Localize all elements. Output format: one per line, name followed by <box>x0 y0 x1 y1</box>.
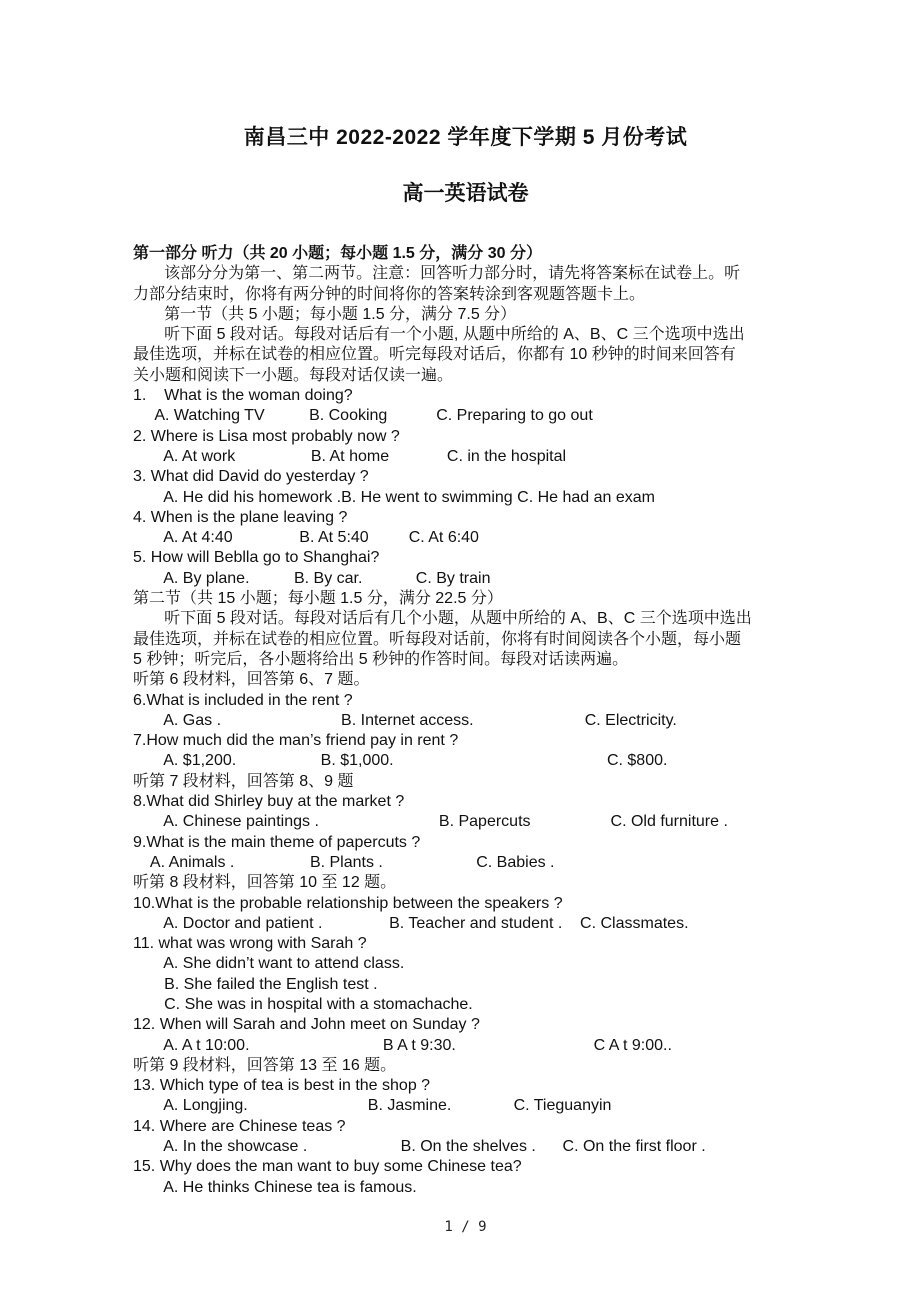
section2-instructions-line-2: 最佳选项，并标在试卷的相应位置。听每段对话前，你将有时间阅读各个小题，每小题 <box>133 630 798 650</box>
question-5-options: A. By plane. B. By car. C. By train <box>133 569 798 589</box>
question-14-options: A. In the showcase . B. On the shelves .… <box>133 1137 798 1157</box>
exam-body: 第一部分 听力（共 20 小题；每小题 1.5 分，满分 30 分） 该部分分为… <box>133 244 798 1198</box>
exam-subtitle: 高一英语试卷 <box>133 177 798 207</box>
section1-instructions-line-1: 听下面 5 段对话。每段对话后有一个小题, 从题中所给的 A、B、C 三个选项中… <box>133 325 798 345</box>
section2-heading: 第二节（共 15 小题；每小题 1.5 分，满分 22.5 分） <box>133 589 798 609</box>
question-2-options: A. At work B. At home C. in the hospital <box>133 447 798 467</box>
question-10: 10.What is the probable relationship bet… <box>133 894 798 914</box>
question-6-options: A. Gas . B. Internet access. C. Electric… <box>133 711 798 731</box>
question-8-options: A. Chinese paintings . B. Papercuts C. O… <box>133 812 798 832</box>
exam-title: 南昌三中 2022-2022 学年度下学期 5 月份考试 <box>133 121 798 151</box>
question-3-options: A. He did his homework .B. He went to sw… <box>133 488 798 508</box>
question-15: 15. Why does the man want to buy some Ch… <box>133 1157 798 1177</box>
page-number: 1 / 9 <box>133 1219 798 1235</box>
section1-instructions-line-2: 最佳选项，并标在试卷的相应位置。听完每段对话后，你都有 10 秒钟的时间来回答有 <box>133 345 798 365</box>
question-4: 4. When is the plane leaving ? <box>133 508 798 528</box>
question-13-options: A. Longjing. B. Jasmine. C. Tieguanyin <box>133 1096 798 1116</box>
section2-instructions-line-3: 5 秒钟；听完后，各小题将给出 5 秒钟的作答时间。每段对话读两遍。 <box>133 650 798 670</box>
question-7-options: A. $1,200. B. $1,000. C. $800. <box>133 751 798 771</box>
part1-heading: 第一部分 听力（共 20 小题；每小题 1.5 分，满分 30 分） <box>133 244 798 264</box>
part1-intro-line-2: 力部分结束时，你将有两分钟的时间将你的答案转涂到客观题答题卡上。 <box>133 285 798 305</box>
question-14: 14. Where are Chinese teas ? <box>133 1117 798 1137</box>
question-11-option-b: B. She failed the English test . <box>133 975 798 995</box>
question-12: 12. When will Sarah and John meet on Sun… <box>133 1015 798 1035</box>
question-2: 2. Where is Lisa most probably now ? <box>133 427 798 447</box>
question-13: 13. Which type of tea is best in the sho… <box>133 1076 798 1096</box>
question-11: 11. what was wrong with Sarah ? <box>133 934 798 954</box>
question-4-options: A. At 4:40 B. At 5:40 C. At 6:40 <box>133 528 798 548</box>
question-3: 3. What did David do yesterday ? <box>133 467 798 487</box>
question-11-option-a: A. She didn’t want to attend class. <box>133 954 798 974</box>
question-9-options: A. Animals . B. Plants . C. Babies . <box>133 853 798 873</box>
question-10-options: A. Doctor and patient . B. Teacher and s… <box>133 914 798 934</box>
question-5: 5. How will Beblla go to Shanghai? <box>133 548 798 568</box>
material-9-note: 听第 9 段材料，回答第 13 至 16 题。 <box>133 1056 798 1076</box>
exam-page: 南昌三中 2022-2022 学年度下学期 5 月份考试 高一英语试卷 第一部分… <box>0 0 798 1235</box>
part1-intro-line-1: 该部分分为第一、第二两节。注意：回答听力部分时，请先将答案标在试卷上。听 <box>133 264 798 284</box>
question-1: 1. What is the woman doing? <box>133 386 798 406</box>
material-6-note: 听第 6 段材料，回答第 6、7 题。 <box>133 670 798 690</box>
question-1-options: A. Watching TV B. Cooking C. Preparing t… <box>133 406 798 426</box>
question-7: 7.How much did the man’s friend pay in r… <box>133 731 798 751</box>
question-9: 9.What is the main theme of papercuts ? <box>133 833 798 853</box>
material-7-note: 听第 7 段材料，回答第 8、9 题 <box>133 772 798 792</box>
question-6: 6.What is included in the rent ? <box>133 691 798 711</box>
section1-heading: 第一节（共 5 小题；每小题 1.5 分，满分 7.5 分） <box>133 305 798 325</box>
material-8-note: 听第 8 段材料，回答第 10 至 12 题。 <box>133 873 798 893</box>
question-12-options: A. A t 10:00. B A t 9:30. C A t 9:00.. <box>133 1036 798 1056</box>
section1-instructions-line-3: 关小题和阅读下一小题。每段对话仅读一遍。 <box>133 366 798 386</box>
question-15-option-a: A. He thinks Chinese tea is famous. <box>133 1178 798 1198</box>
section2-instructions-line-1: 听下面 5 段对话。每段对话后有几个小题，从题中所给的 A、B、C 三个选项中选… <box>133 609 798 629</box>
question-8: 8.What did Shirley buy at the market ? <box>133 792 798 812</box>
question-11-option-c: C. She was in hospital with a stomachach… <box>133 995 798 1015</box>
